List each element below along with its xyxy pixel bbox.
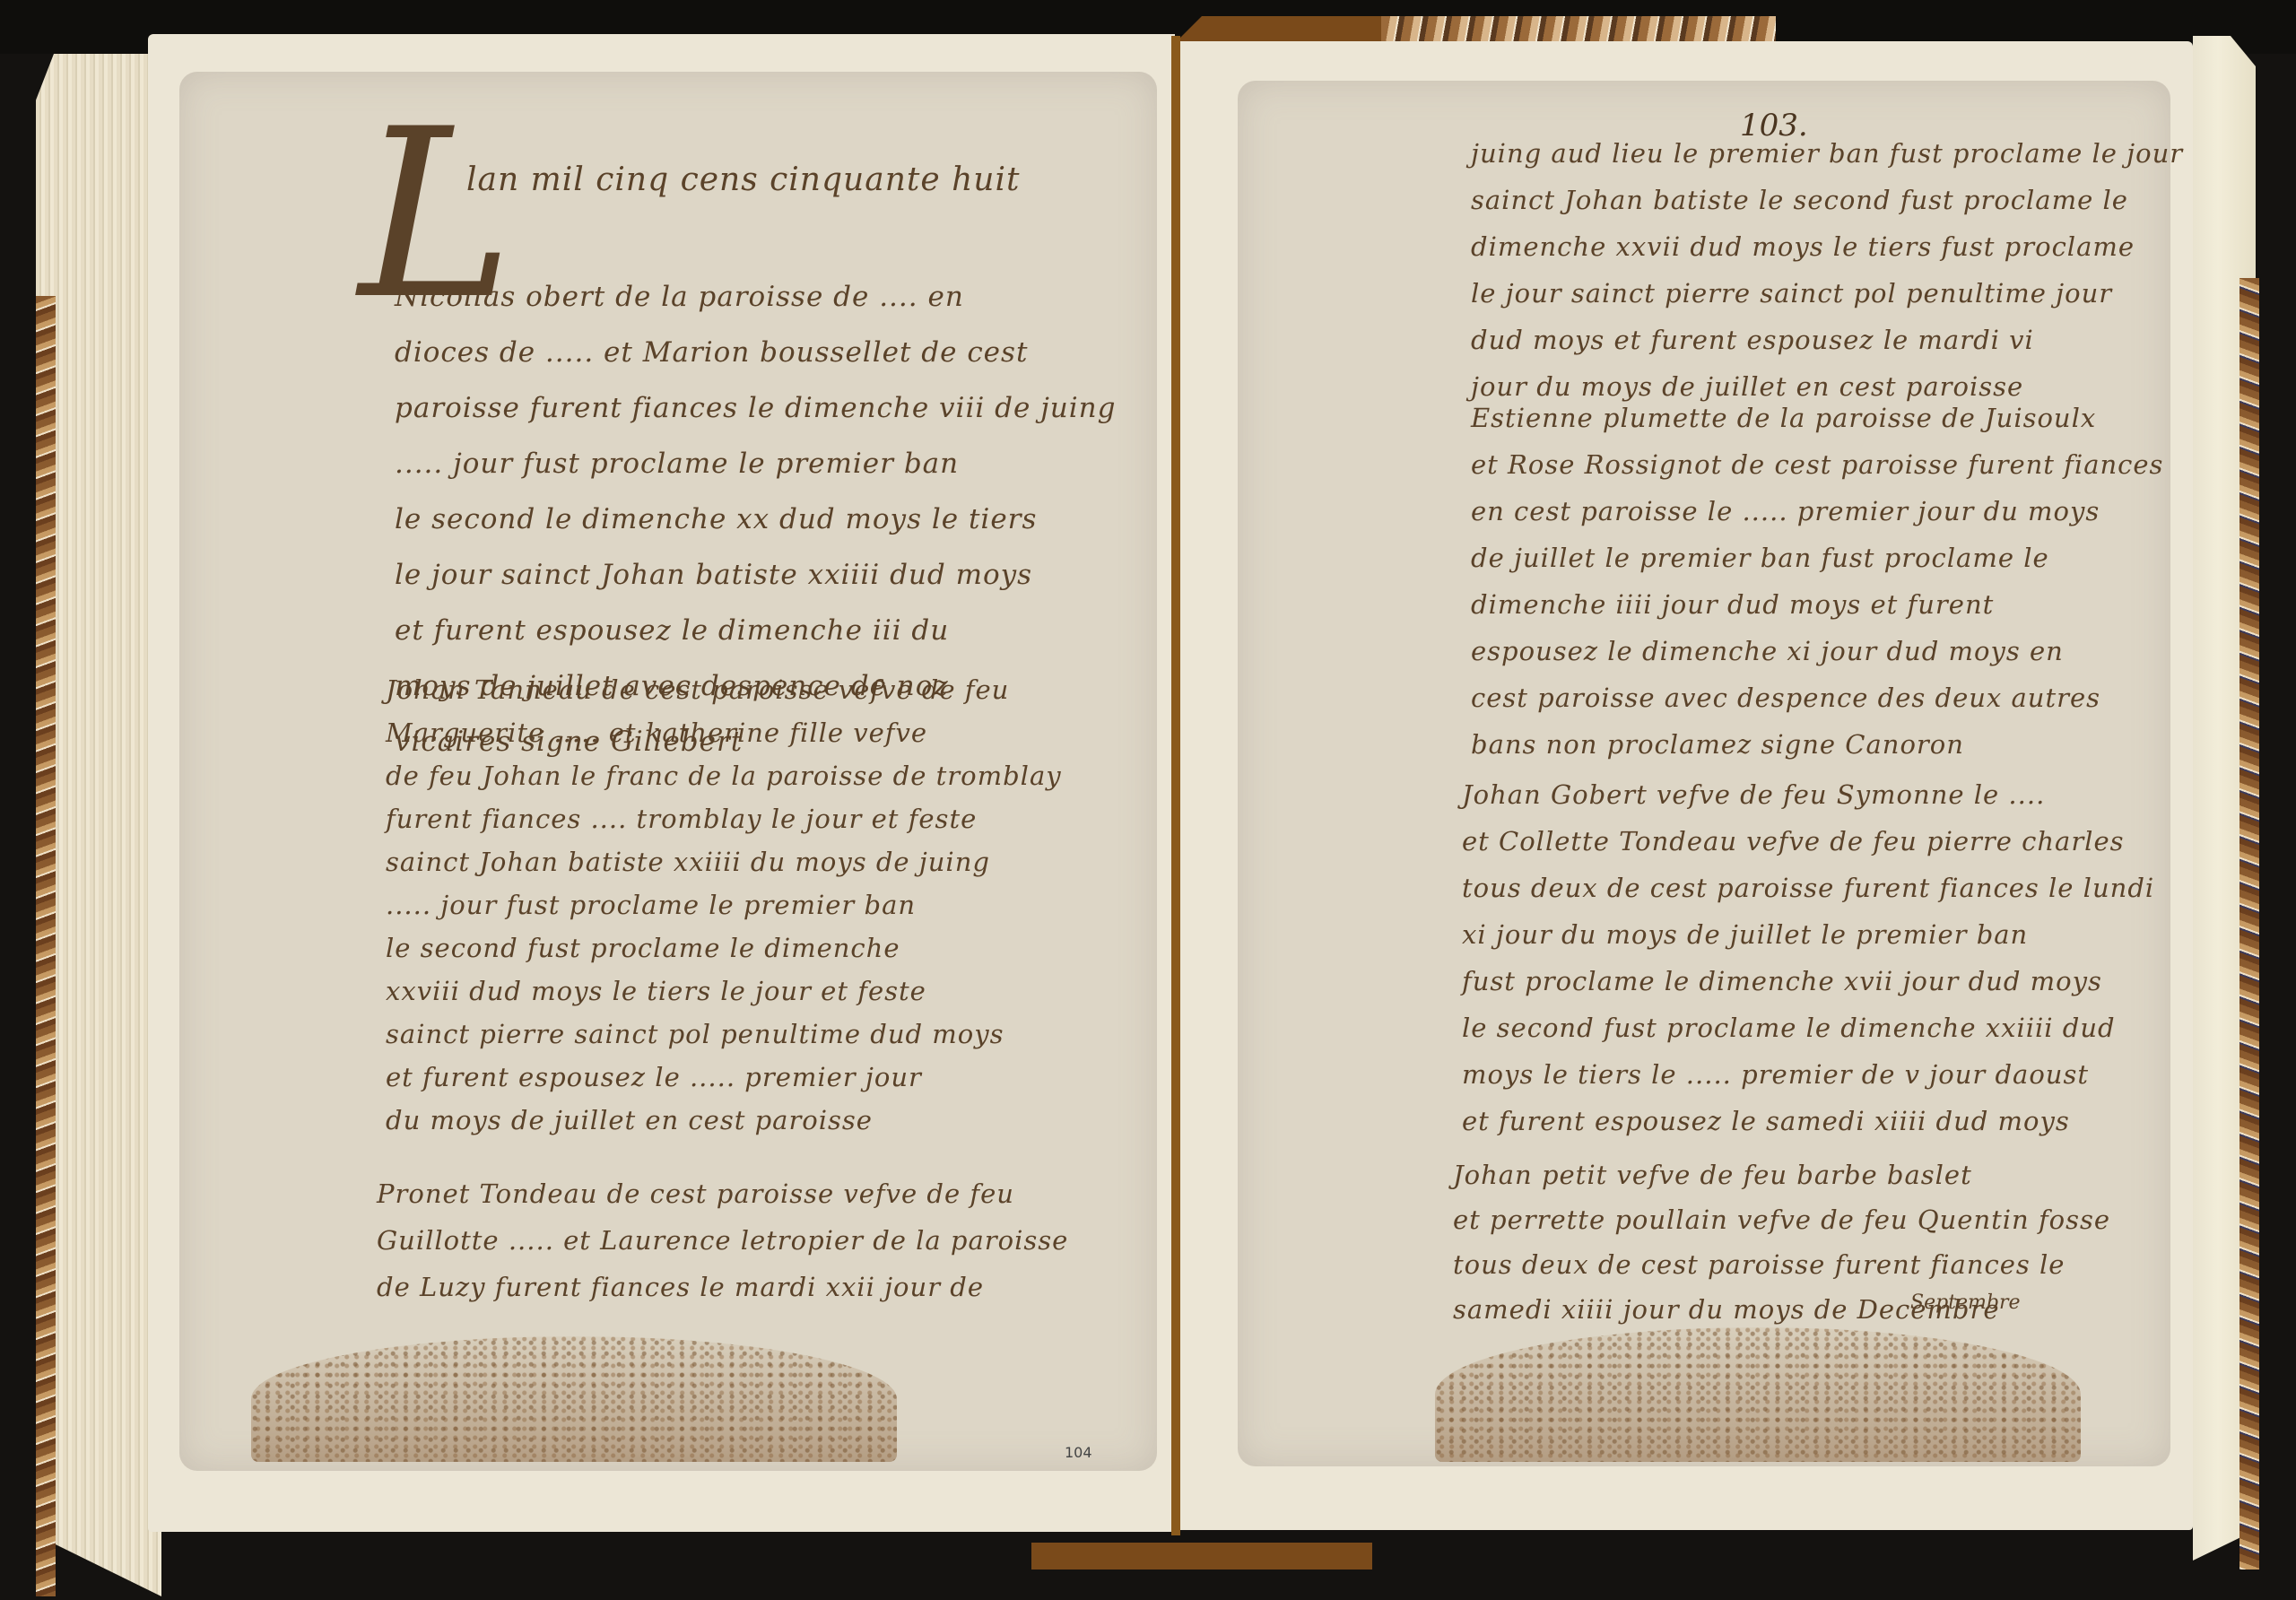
text-line: et furent espousez le dimenche iii du [395, 603, 1117, 658]
text-line: espousez le dimenche xi jour dud moys en [1471, 628, 2163, 674]
text-line: juing aud lieu le premier ban fust procl… [1471, 130, 2183, 177]
margin-correction: Septembre [1910, 1291, 2021, 1314]
text-line: dioces de ..... et Marion boussellet de … [395, 325, 1117, 380]
text-line: et furent espousez le samedi xiiii dud m… [1462, 1098, 2154, 1144]
text-line: de feu Johan le franc de la paroisse de … [386, 754, 1062, 797]
text-line: Johan Gobert vefve de feu Symonne le ...… [1462, 771, 2154, 818]
text-line: en cest paroisse le ..... premier jour d… [1471, 488, 2163, 535]
text-line: xi jour du moys de juillet le premier ba… [1462, 911, 2154, 958]
left-entry-2: Johan Tanneau de cest paroisse vefve de … [386, 668, 1062, 1142]
text-line: Estienne plumette de la paroisse de Juis… [1471, 395, 2163, 441]
text-line: paroisse furent fiances le dimenche viii… [395, 380, 1117, 436]
text-line: ..... jour fust proclame le premier ban [386, 883, 1062, 926]
text-line: xxviii dud moys le tiers le jour et fest… [386, 970, 1062, 1013]
text-line: du moys de juillet en cest paroisse [386, 1099, 1062, 1142]
text-line: dimenche iiii jour dud moys et furent [1471, 581, 2163, 628]
text-line: moys le tiers le ..... premier de v jour… [1462, 1051, 2154, 1098]
text-line: Marguerite ..... et katherine fille vefv… [386, 711, 1062, 754]
text-line: et Rose Rossignot de cest paroisse furen… [1471, 441, 2163, 488]
text-line: le jour sainct Johan batiste xxiiii dud … [395, 547, 1117, 603]
text-line: bans non proclamez signe Canoron [1471, 721, 2163, 768]
text-line: dud moys et furent espousez le mardi vi [1471, 317, 2183, 363]
pencil-folio-mark: 104 [1065, 1444, 1092, 1461]
text-line: cest paroisse avec despence des deux aut… [1471, 674, 2163, 721]
text-line: sainct Johan batiste le second fust proc… [1471, 177, 2183, 223]
text-line: et Collette Tondeau vefve de feu pierre … [1462, 818, 2154, 865]
spine-tail [1031, 1543, 1372, 1570]
right-entry-2: Estienne plumette de la paroisse de Juis… [1471, 395, 2163, 768]
text-line: furent fiances .... tromblay le jour et … [386, 797, 1062, 840]
right-entry-1: juing aud lieu le premier ban fust procl… [1471, 130, 2183, 410]
text-line: de Luzy furent fiances le mardi xxii jou… [377, 1264, 1068, 1310]
text-line: Nicollas obert de la paroisse de .... en [395, 269, 1117, 325]
foxing-stain-right [1435, 1327, 2081, 1462]
left-page-heading: lan mil cinq cens cinquante huit [466, 152, 1020, 208]
text-line: le second fust proclame le dimenche xxii… [1462, 1004, 2154, 1051]
text-line: Johan petit vefve de feu barbe baslet [1453, 1152, 2110, 1197]
book-gutter [1171, 36, 1180, 1535]
text-line: Guillotte ..... et Laurence letropier de… [377, 1217, 1068, 1264]
text-line: le second le dimenche xx dud moys le tie… [395, 491, 1117, 547]
text-line: et furent espousez le ..... premier jour [386, 1056, 1062, 1099]
foxing-stain-left [251, 1336, 897, 1462]
text-line: sainct Johan batiste xxiiii du moys de j… [386, 840, 1062, 883]
text-line: tous deux de cest paroisse furent fiance… [1462, 865, 2154, 911]
right-entry-3: Johan Gobert vefve de feu Symonne le ...… [1462, 771, 2154, 1144]
left-marbled-cover [36, 296, 56, 1596]
right-marbled-cover [2239, 278, 2259, 1570]
marbled-board-top [1381, 16, 1776, 43]
text-line: fust proclame le dimenche xvii jour dud … [1462, 958, 2154, 1004]
text-line: et perrette poullain vefve de feu Quenti… [1453, 1197, 2110, 1242]
left-entry-3: Pronet Tondeau de cest paroisse vefve de… [377, 1170, 1068, 1310]
text-line: sainct pierre sainct pol penultime dud m… [386, 1013, 1062, 1056]
text-line: dimenche xxvii dud moys le tiers fust pr… [1471, 223, 2183, 270]
text-line: tous deux de cest paroisse furent fiance… [1453, 1242, 2110, 1287]
text-line: le second fust proclame le dimenche [386, 926, 1062, 970]
text-line: ..... jour fust proclame le premier ban [395, 436, 1117, 491]
text-line: Johan Tanneau de cest paroisse vefve de … [386, 668, 1062, 711]
text-line: Pronet Tondeau de cest paroisse vefve de… [377, 1170, 1068, 1217]
text-line: de juillet le premier ban fust proclame … [1471, 535, 2163, 581]
text-line: le jour sainct pierre sainct pol penulti… [1471, 270, 2183, 317]
